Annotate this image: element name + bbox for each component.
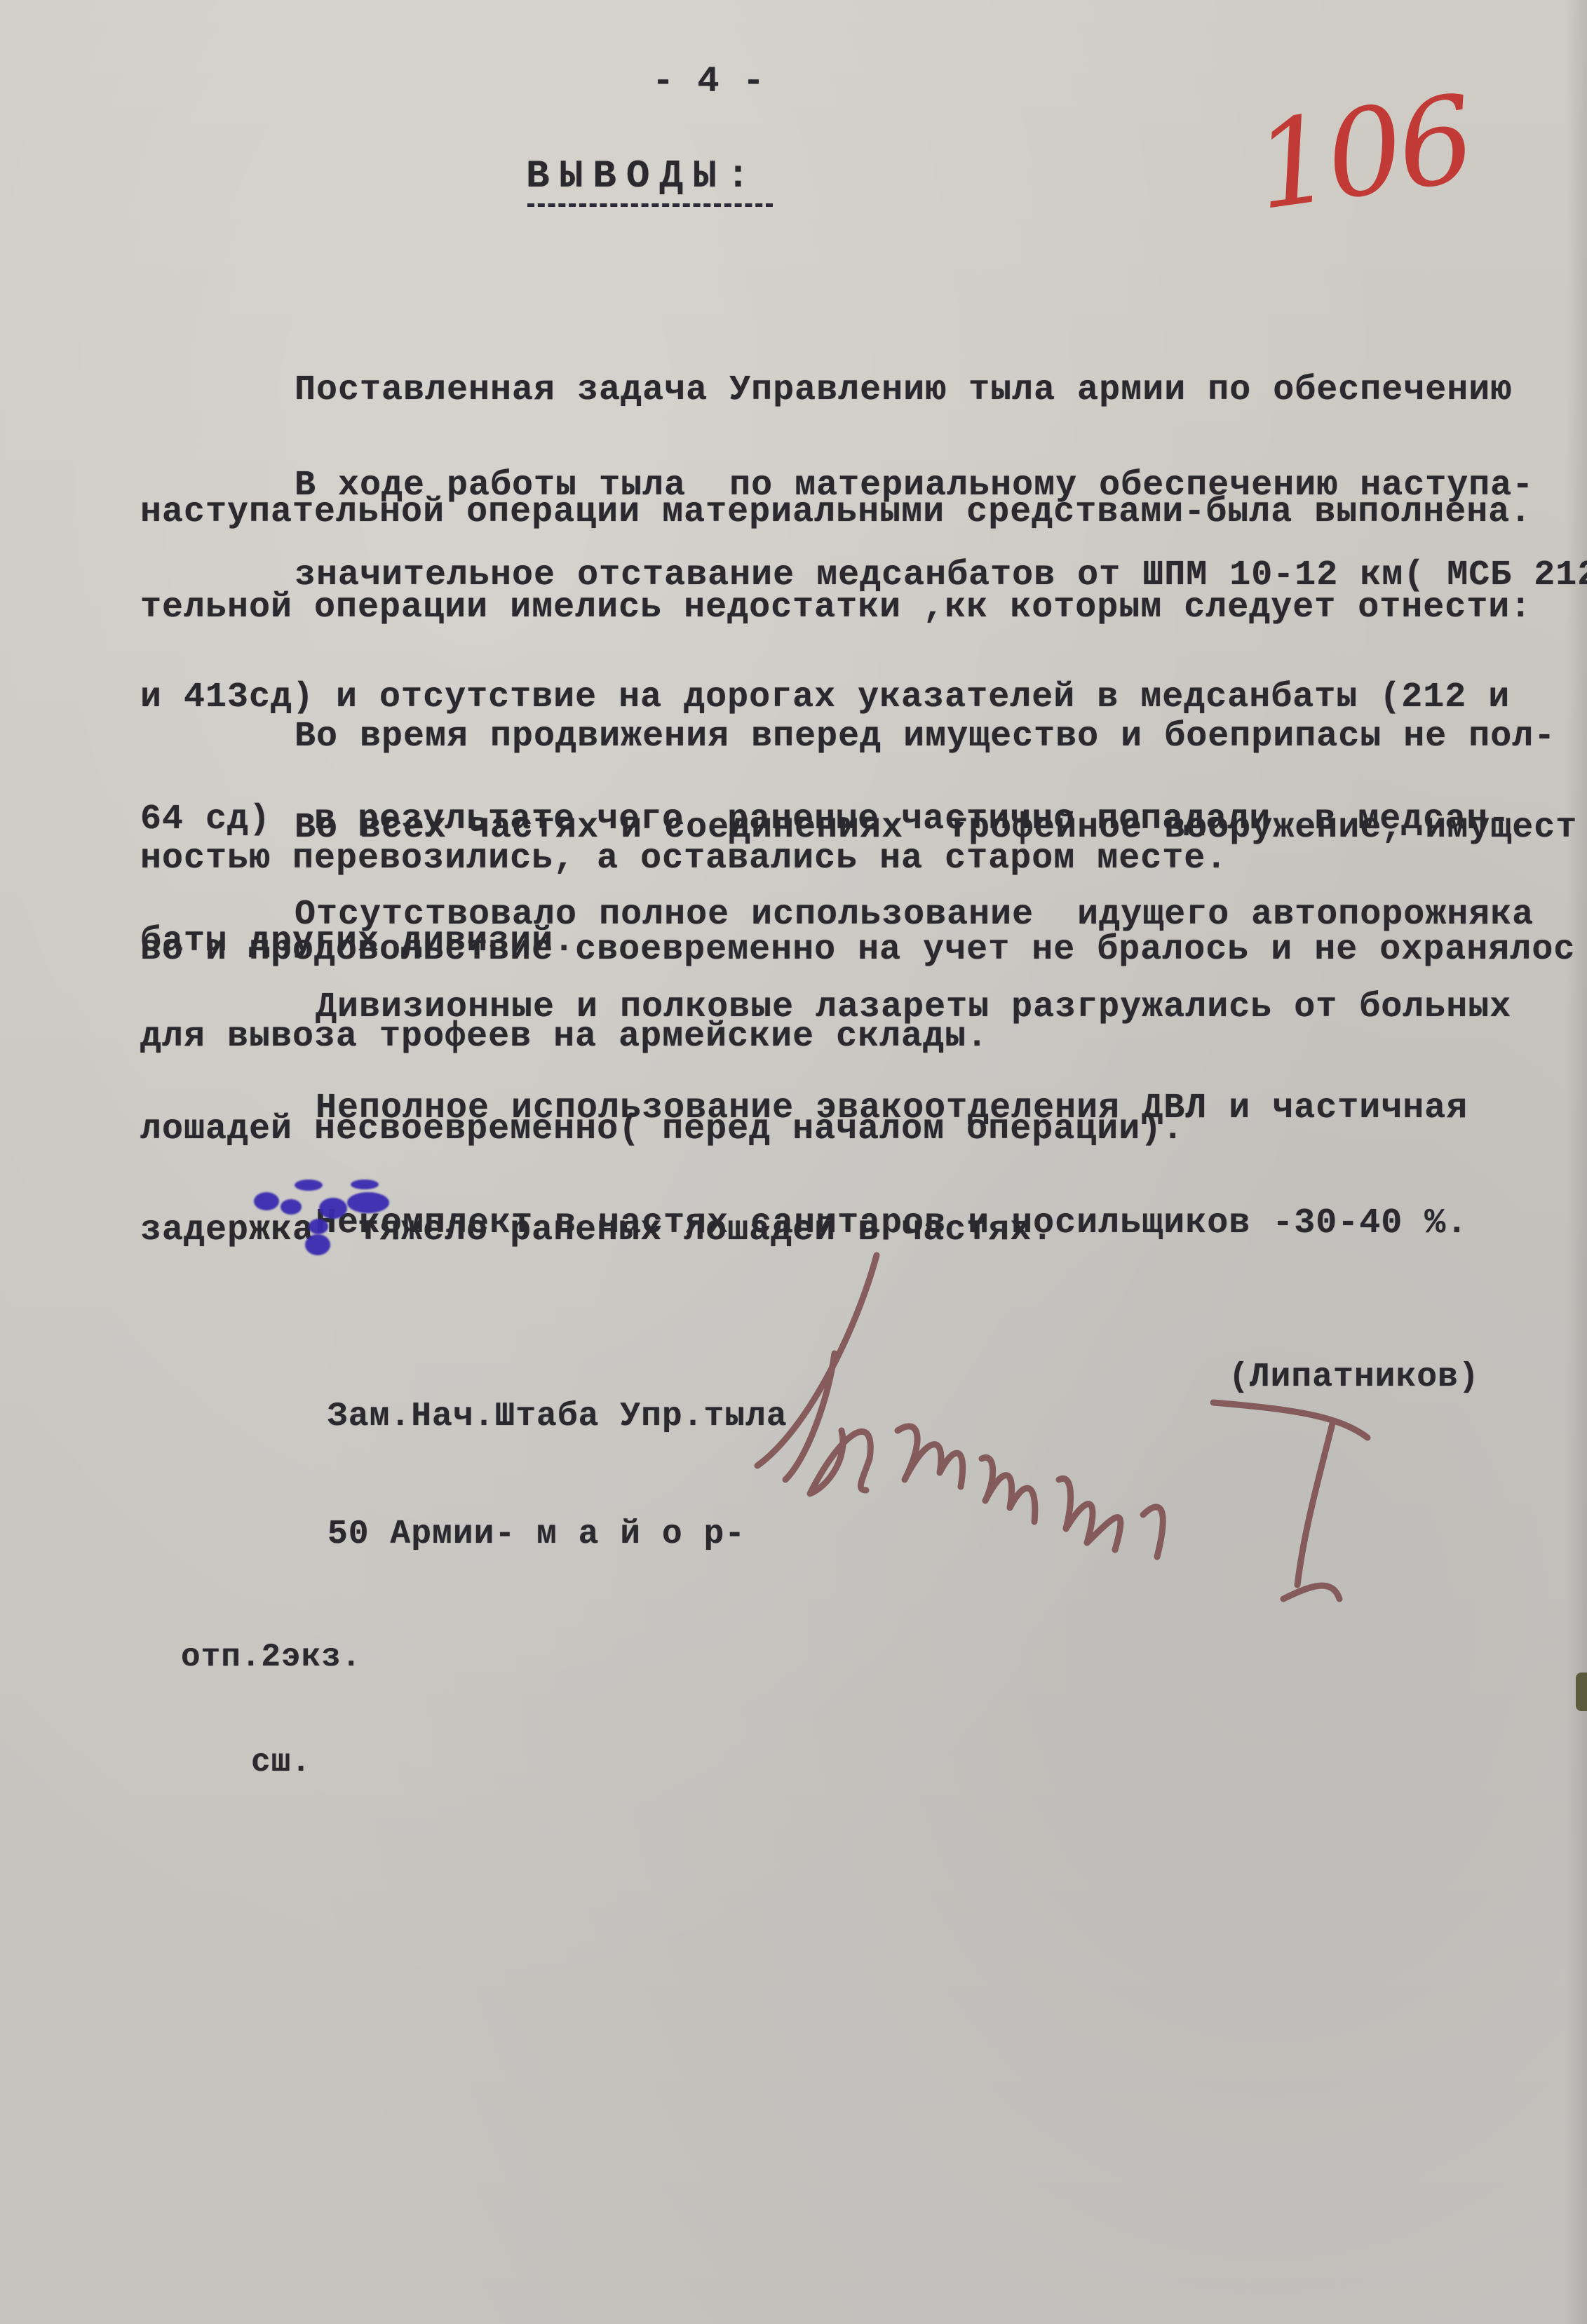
- heading-underline: [527, 203, 773, 207]
- signatory-title-line-1: Зам.Нач.Штаба Упр.тыла: [327, 1397, 788, 1436]
- section-heading: ВЫВОДЫ:: [526, 156, 759, 196]
- signatory-title: Зам.Нач.Штаба Упр.тыла 50 Армии- м а й о…: [327, 1318, 788, 1633]
- signatory-name: (Липатников): [1229, 1357, 1480, 1398]
- page-number: - 4 -: [652, 62, 765, 102]
- paragraph-line: значительное отставание медсанбатов от Ш…: [140, 555, 1587, 596]
- archive-folio-number: 106: [1247, 70, 1479, 238]
- document-page: - 4 - 106 ВЫВОДЫ: Поставленная задача Уп…: [0, 0, 1587, 2324]
- copies-note-line-1: отп.2экз.: [181, 1640, 361, 1675]
- signatory-title-line-2: 50 Армии- м а й о р-: [327, 1515, 788, 1554]
- page-edge-tear: [1576, 1673, 1587, 1711]
- copies-note: отп.2экз. сш.: [181, 1569, 361, 1850]
- copies-note-line-2: сш.: [181, 1745, 361, 1780]
